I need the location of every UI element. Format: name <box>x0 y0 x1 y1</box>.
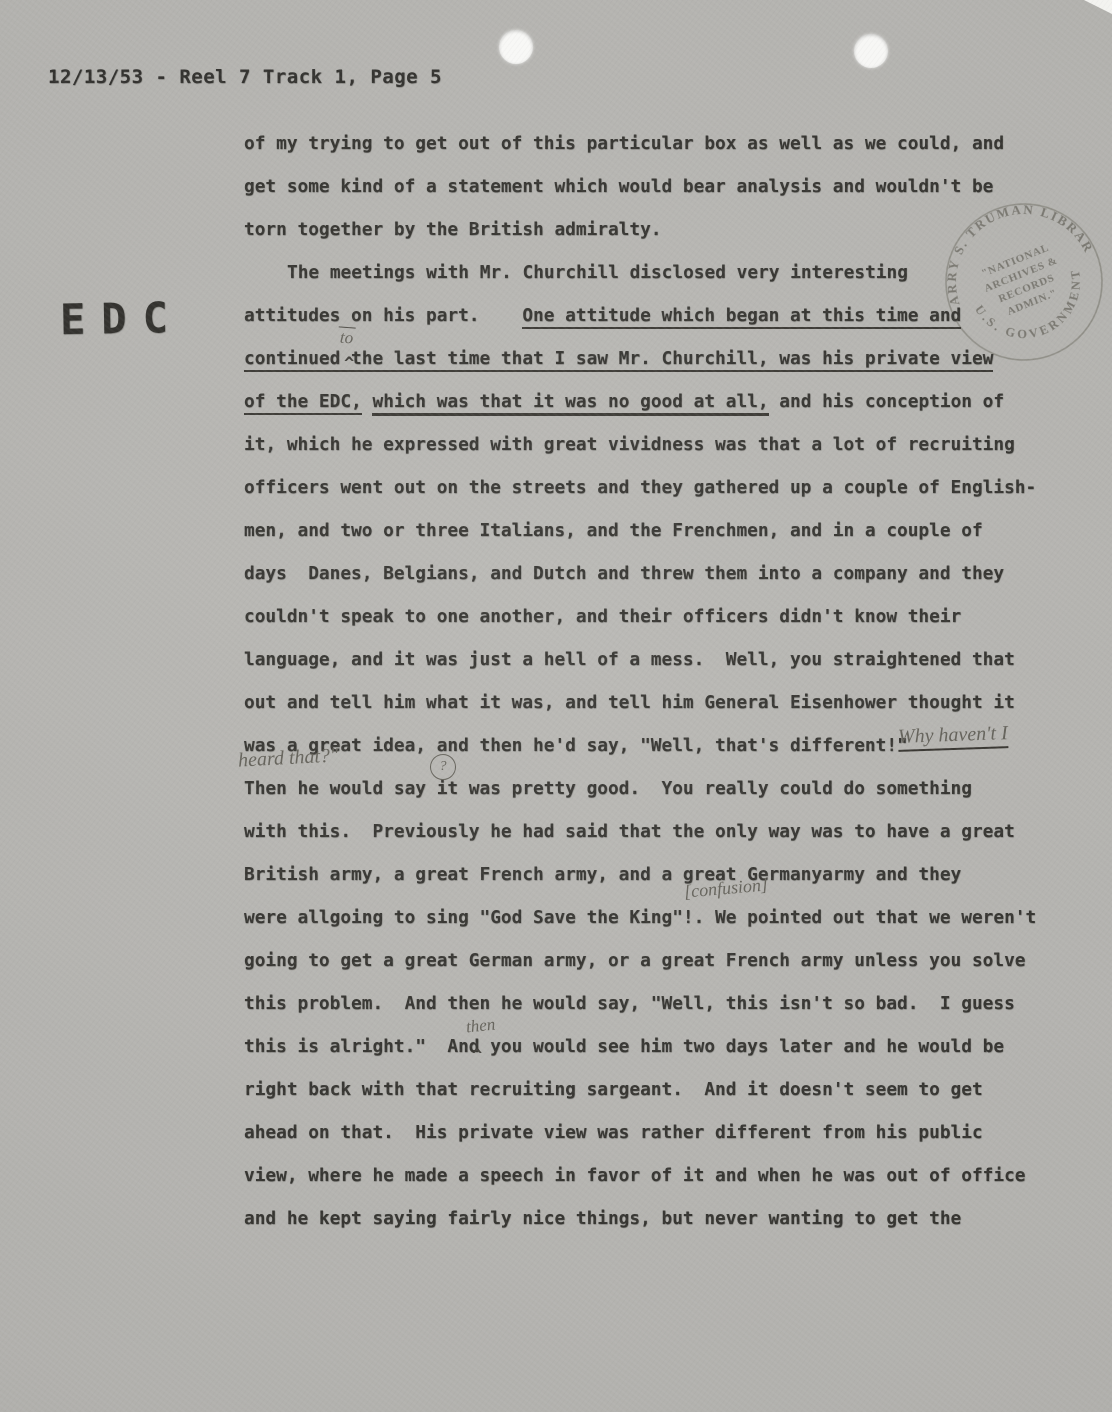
typed-segment: torn together by the British admiralty. <box>244 219 662 240</box>
margin-note-edc: EDC <box>60 293 185 344</box>
typed-segment: get some kind of a statement which would… <box>244 176 993 197</box>
typed-segment: ahead on that. His private view was rath… <box>244 1122 983 1143</box>
typed-segment: of my trying to get out of this particul… <box>244 133 1004 154</box>
typed-segment: were allgoing to sing "God Save the King… <box>244 907 1036 928</box>
typed-line: officers went out on the streets and the… <box>244 466 1054 509</box>
typed-line: of the EDC, which was that it was no goo… <box>244 380 1054 423</box>
typed-segment: language, and it was just a hell of a me… <box>244 649 1015 670</box>
typed-segment <box>362 391 373 412</box>
typed-line: get some kind of a statement which would… <box>244 165 1054 208</box>
typed-line: it, which he expressed with great vividn… <box>244 423 1054 466</box>
typed-line: couldn't speak to one another, and their… <box>244 595 1054 638</box>
typed-line: with this. Previously he had said that t… <box>244 810 1054 853</box>
typed-line: were allgoing to sing "God Save the King… <box>244 896 1054 939</box>
typed-line: ahead on that. His private view was rath… <box>244 1111 1054 1154</box>
typed-segment: continued the last time that I saw Mr. C… <box>244 348 993 372</box>
typed-segment: with this. Previously he had said that t… <box>244 821 1015 842</box>
typed-segment: men, and two or three Italians, and the … <box>244 520 983 541</box>
typed-segment: Then he would say it was pretty good. Yo… <box>244 778 972 799</box>
typed-segment: British army, a great French army, and a… <box>244 864 961 885</box>
typed-lines: of my trying to get out of this particul… <box>244 122 1054 1240</box>
typed-line: Then he would say it was pretty good. Yo… <box>244 767 1054 810</box>
typed-segment: right back with that recruiting sargeant… <box>244 1079 983 1100</box>
typed-segment: attitudes on his part. <box>244 305 522 326</box>
torn-corner <box>1084 0 1112 14</box>
typed-line: days Danes, Belgians, and Dutch and thre… <box>244 552 1054 595</box>
page-header: 12/13/53 - Reel 7 Track 1, Page 5 <box>48 66 442 88</box>
typed-segment: officers went out on the streets and the… <box>244 477 1036 498</box>
punch-hole-right <box>854 34 888 68</box>
handwritten-insertion-to: to <box>337 326 356 348</box>
typed-line: of my trying to get out of this particul… <box>244 122 1054 165</box>
typed-line: torn together by the British admiralty. <box>244 208 1054 251</box>
typed-segment: and he kept saying fairly nice things, b… <box>244 1208 961 1229</box>
scanned-document-page: { "page": { "header": "12/13/53 - Reel 7… <box>0 0 1112 1412</box>
typed-line: this problem. And then he would say, "We… <box>244 982 1054 1025</box>
caret-mark-to: ^ <box>344 354 354 374</box>
typed-line: British army, a great French army, and a… <box>244 853 1054 896</box>
typed-segment: and his conception of <box>769 391 1005 412</box>
typed-segment: out and tell him what it was, and tell h… <box>244 692 1015 713</box>
typed-line: this is alright." And you would see him … <box>244 1025 1054 1068</box>
typed-line: language, and it was just a hell of a me… <box>244 638 1054 681</box>
typed-segment: this is alright." And you would see him … <box>244 1036 1004 1057</box>
handwritten-why-havent-i: Why haven't I <box>898 722 1009 752</box>
handwritten-insertion-then: then <box>465 1015 496 1038</box>
typed-line: continued the last time that I saw Mr. C… <box>244 337 1054 380</box>
punch-hole-left <box>499 30 533 64</box>
caret-mark-then: ^ <box>472 1046 482 1066</box>
typed-line: going to get a great German army, or a g… <box>244 939 1054 982</box>
typed-line: and he kept saying fairly nice things, b… <box>244 1197 1054 1240</box>
typed-segment: of the EDC, <box>244 391 362 415</box>
typed-line: The meetings with Mr. Churchill disclose… <box>244 251 1054 294</box>
typed-line: men, and two or three Italians, and the … <box>244 509 1054 552</box>
typed-line: attitudes on his part. One attitude whic… <box>244 294 1054 337</box>
typed-segment: view, where he made a speech in favor of… <box>244 1165 1025 1186</box>
typed-line: view, where he made a speech in favor of… <box>244 1154 1054 1197</box>
typed-segment: it, which he expressed with great vividn… <box>244 434 1015 455</box>
typed-segment: The meetings with Mr. Churchill disclose… <box>287 262 908 283</box>
typed-line: right back with that recruiting sargeant… <box>244 1068 1054 1111</box>
typed-segment: this problem. And then he would say, "We… <box>244 993 1015 1014</box>
typed-segment: days Danes, Belgians, and Dutch and thre… <box>244 563 1004 584</box>
typed-segment: couldn't speak to one another, and their… <box>244 606 961 627</box>
circled-question-mark: ? <box>430 754 456 780</box>
typed-segment: One attitude which began at this time an… <box>522 305 961 329</box>
typed-line: out and tell him what it was, and tell h… <box>244 681 1054 724</box>
typed-segment: was a great idea, and then he'd say, "We… <box>244 735 908 756</box>
typed-segment: going to get a great German army, or a g… <box>244 950 1025 971</box>
typed-segment: which was that it was no good at all, <box>372 391 768 416</box>
